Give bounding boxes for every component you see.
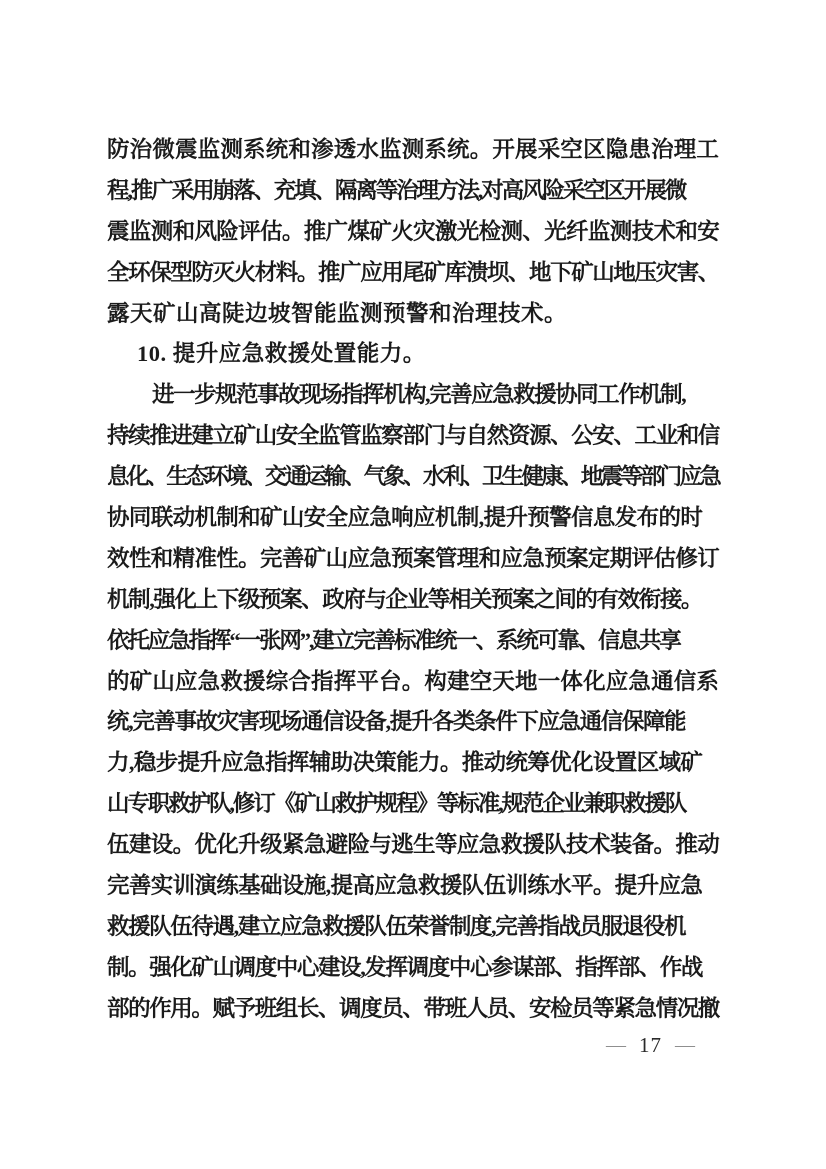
footer-dash-right: — xyxy=(675,1034,695,1057)
text-line: 效性和精准性。完善矿山应急预案管理和应急预案定期评估修订 xyxy=(107,539,719,580)
text-line: 伍建设。优化升级紧急避险与逃生等应急救援队技术装备。推动 xyxy=(107,825,719,866)
text-line: 震监测和风险评估。推广煤矿火灾激光检测、光纤监测技术和安 xyxy=(107,212,719,253)
text-line: 机制,强化上下级预案、政府与企业等相关预案之间的有效衔接。 xyxy=(107,580,719,621)
text-line: 统,完善事故灾害现场通信设备,提升各类条件下应急通信保障能 xyxy=(107,702,719,743)
text-block: 防治微震监测系统和渗透水监测系统。开展采空区隐患治理工程,推广采用崩落、充填、隔… xyxy=(107,130,719,1030)
text-line: 防治微震监测系统和渗透水监测系统。开展采空区隐患治理工 xyxy=(107,130,719,171)
text-line: 进一步规范事故现场指挥机构,完善应急救援协同工作机制, xyxy=(107,375,719,416)
text-line: 露天矿山高陡边坡智能监测预警和治理技术。 xyxy=(107,294,719,335)
text-line: 息化、生态环境、交通运输、气象、水利、卫生健康、地震等部门应急 xyxy=(107,457,719,498)
text-line: 全环保型防灭火材料。推广应用尾矿库溃坝、地下矿山地压灾害、 xyxy=(107,253,719,294)
text-line: 完善实训演练基础设施,提高应急救援队伍训练水平。提升应急 xyxy=(107,866,719,907)
text-line: 力,稳步提升应急指挥辅助决策能力。推动统筹优化设置区域矿 xyxy=(107,743,719,784)
page-number: 17 xyxy=(639,1033,662,1058)
document-page: 防治微震监测系统和渗透水监测系统。开展采空区隐患治理工程,推广采用崩落、充填、隔… xyxy=(0,0,826,1169)
page-footer: — 17 — xyxy=(606,1033,695,1058)
text-line: 协同联动机制和矿山安全应急响应机制,提升预警信息发布的时 xyxy=(107,498,719,539)
text-line: 救援队伍待遇,建立应急救援队伍荣誉制度,完善指战员服退役机 xyxy=(107,907,719,948)
text-line: 的矿山应急救援综合指挥平台。构建空天地一体化应急通信系 xyxy=(107,662,719,703)
section-heading: 10. 提升应急救援处置能力。 xyxy=(107,334,719,375)
footer-dash-left: — xyxy=(606,1034,626,1057)
text-line: 部的作用。赋予班组长、调度员、带班人员、安检员等紧急情况撤 xyxy=(107,989,719,1030)
text-line: 山专职救护队,修订《矿山救护规程》等标准,规范企业兼职救援队 xyxy=(107,784,719,825)
text-line: 制。强化矿山调度中心建设,发挥调度中心参谋部、指挥部、作战 xyxy=(107,948,719,989)
text-line: 程,推广采用崩落、充填、隔离等治理方法,对高风险采空区开展微 xyxy=(107,171,719,212)
text-line: 持续推进建立矿山安全监管监察部门与自然资源、公安、工业和信 xyxy=(107,416,719,457)
text-line: 依托应急指挥“一张网”,建立完善标准统一、系统可靠、信息共享 xyxy=(107,621,719,662)
